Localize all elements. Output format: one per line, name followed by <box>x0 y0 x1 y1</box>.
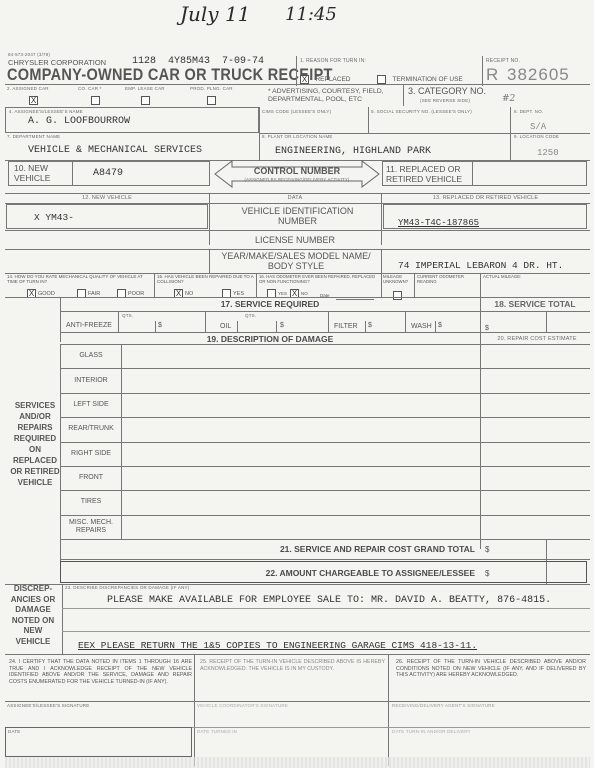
q15-label: 15. HAS VEHICLE BEEN REPAIRED DUE TO A C… <box>157 274 257 284</box>
dept-no[interactable]: S/A <box>530 122 546 132</box>
service-antifreeze-label: ANTI-FREEZE <box>66 322 112 329</box>
category-label: 3. CATEGORY NO. <box>408 86 486 96</box>
repair-estimate-field[interactable] <box>481 442 589 466</box>
vin-label: VEHICLE IDENTIFICATION NUMBER <box>225 206 370 226</box>
agent-signature-label: RECEIVING/DELIVERY AGENT'S SIGNATURE <box>392 703 495 708</box>
checkbox-replaced[interactable]: X <box>300 75 309 84</box>
form-title: COMPANY-OWNED CAR OR TRUCK RECEIPT <box>7 66 333 84</box>
repair-estimate-field[interactable] <box>481 393 589 417</box>
damage-row-label: GLASS <box>61 344 121 368</box>
receipt-prefix: R <box>486 65 498 85</box>
service-total-value[interactable]: $ <box>485 325 489 332</box>
replaced-vehicle-control-label: 11. REPLACED OR RETIRED VEHICLE <box>386 164 472 184</box>
control-number-sub: (ASSIGNED BY RECEIVING/DELIVERY ACTIVITY… <box>214 177 380 182</box>
discrepancies-field-label: 23. DESCRIBE DISCREPANCIES OR DAMAGE (IF… <box>65 585 189 590</box>
assignee-name-label: 4. ASSIGNEE'S/LESSEE'S NAME <box>9 109 83 114</box>
wash-cost[interactable]: $ <box>438 322 442 329</box>
location-code-label: 9. LOCATION CODE <box>514 134 559 139</box>
damage-row-label: FRONT <box>61 466 121 490</box>
damage-description-field[interactable] <box>122 442 479 466</box>
replaced-model[interactable]: 74 IMPERIAL LEBARON 4 DR. HT. <box>398 260 563 271</box>
model-label: YEAR/MAKE/SALES MODEL NAME/ BODY STYLE <box>212 251 380 271</box>
damage-description-field[interactable] <box>122 515 479 539</box>
discrepancy-line-3[interactable]: EEX PLEASE RETURN THE 1&5 COPIES TO ENGI… <box>78 640 477 651</box>
car-type-emp-lease[interactable]: EMP. LEASE CAR <box>125 86 175 109</box>
repair-estimate-field[interactable] <box>481 466 589 490</box>
damage-row-label: MISC. MECH. REPAIRS <box>61 515 121 539</box>
repair-estimate-field[interactable] <box>481 417 589 441</box>
receipt-number: 382605 <box>507 65 570 85</box>
q14-good[interactable]: XGOOD <box>27 285 55 303</box>
damage-title: 19. DESCRIPTION OF DAMAGE <box>60 334 480 344</box>
oil-cost[interactable]: $ <box>280 322 284 329</box>
damage-description-field[interactable] <box>122 490 479 514</box>
cims-label: CIMS CODE (LESSEE'S ONLY) <box>262 109 331 114</box>
mileage-unknown-label: MILEAGE UNKNOWN? <box>383 274 413 284</box>
antifreeze-cost[interactable]: $ <box>158 322 162 329</box>
handwritten-time: 11:45 <box>285 4 337 25</box>
car-type-co[interactable]: CO. CAR * <box>78 86 118 109</box>
handwritten-date: July 11 <box>180 2 250 26</box>
car-type-footnote: * ADVERTISING, COURTESY, FIELD, DEPARTME… <box>268 88 408 104</box>
car-type-prod-plng[interactable]: PROD. PLNG. CAR <box>190 86 240 109</box>
service-oil-label: OIL <box>220 323 231 330</box>
receipt-label: RECEIPT NO. <box>486 58 520 64</box>
checkbox-termination[interactable] <box>377 75 386 84</box>
date-label-2: DATE TURNED IN <box>197 729 237 734</box>
date-field-3[interactable] <box>392 736 587 754</box>
reason-label: 1. REASON FOR TURN IN: <box>300 58 366 64</box>
damage-row-label: RIGHT SIDE <box>61 442 121 466</box>
grand-total-value[interactable]: $ <box>485 545 489 554</box>
repair-estimate-field[interactable] <box>481 368 589 392</box>
checkbox-emp-lease-car[interactable] <box>141 96 150 105</box>
car-type-assigned[interactable]: 2. ASSIGNED CAR X <box>7 86 52 109</box>
odometer-label: CURRENT ODOMETER READING <box>417 274 479 284</box>
damage-row-label: TIRES <box>61 490 121 514</box>
dept-name-label: 7. DEPARTMENT NAME <box>7 134 60 139</box>
certify-26: 26. RECEIPT OF THE TURN-IN VEHICLE DESCR… <box>396 659 586 679</box>
service-wash-label: WASH <box>411 323 432 330</box>
damage-row-label: LEFT SIDE <box>61 393 121 417</box>
plant-label: 8. PLANT OR LOCATION NAME <box>262 134 333 139</box>
service-filter-label: FILTER <box>334 323 358 330</box>
new-vin[interactable]: X YM43- <box>34 212 74 223</box>
damage-description-field[interactable] <box>122 466 479 490</box>
services-side-label: SERVICES AND/OR REPAIRS REQUIRED ON REPL… <box>10 400 60 488</box>
date-label-3: DATE TURN-IN AND/OR DELIVERY <box>392 729 471 734</box>
damage-description-field[interactable] <box>122 368 479 392</box>
repair-estimate-field[interactable] <box>481 515 589 539</box>
date-field-2[interactable] <box>197 736 385 754</box>
col-data: DATA <box>209 195 381 201</box>
date-field-1[interactable] <box>8 736 188 754</box>
checkbox-co-car[interactable] <box>91 96 100 105</box>
col-replaced-vehicle: 13. REPLACED OR RETIRED VEHICLE <box>381 195 590 201</box>
q14-label: 14. HOW DO YOU RATE MECHANICAL QUALITY O… <box>7 274 152 284</box>
chargeable-value[interactable]: $ <box>485 569 489 578</box>
repair-estimate-field[interactable] <box>481 490 589 514</box>
ssn-label: 5. SOCIAL SECURITY NO. (LESSEE'S ONLY) <box>371 109 472 114</box>
coordinator-signature-field[interactable] <box>197 709 385 727</box>
location-code[interactable]: 1250 <box>537 148 559 158</box>
category-sub: (SEE REVERSE SIDE) <box>420 98 470 103</box>
damage-row-label: INTERIOR <box>61 368 121 392</box>
service-required-title: 17. SERVICE REQUIRED <box>60 299 480 309</box>
reason-replaced[interactable]: X REPLACED <box>300 71 351 89</box>
col-new-vehicle: 12. NEW VEHICLE <box>5 195 209 201</box>
license-label: LICENSE NUMBER <box>209 235 381 245</box>
new-vehicle-control-number[interactable]: A8479 <box>93 168 123 179</box>
repair-estimate-field[interactable] <box>481 344 589 368</box>
form-number: 84-573-2047 (3/78) <box>8 52 50 57</box>
new-vehicle-control-label: 10. NEW VEHICLE <box>14 163 69 183</box>
damage-row-label: REAR/TRUNK <box>61 417 121 441</box>
damage-description-field[interactable] <box>122 417 479 441</box>
certify-24: 24. I CERTIFY THAT THE DATA NOTED IN ITE… <box>9 659 192 685</box>
assignee-signature-label: ASSIGNEE'S/LESSEE'S SIGNATURE <box>7 703 89 708</box>
control-number-title: CONTROL NUMBER <box>214 166 380 176</box>
replaced-vin[interactable]: YM43-T4C-187865 <box>398 218 479 228</box>
checkbox-prod-plng-car[interactable] <box>207 96 216 105</box>
certify-25: 25. RECEIPT OF THE TURN-IN VEHICLE DESCR… <box>200 659 385 672</box>
service-total-title: 18. SERVICE TOTAL <box>480 299 590 309</box>
checkbox-assigned-car[interactable]: X <box>29 96 38 105</box>
filter-cost[interactable]: $ <box>368 322 372 329</box>
damage-description-field[interactable] <box>122 393 479 417</box>
agent-signature-field[interactable] <box>392 709 587 727</box>
grand-total-label: 21. SERVICE AND REPAIR COST GRAND TOTAL <box>60 544 475 554</box>
category-value[interactable]: #2 <box>502 94 515 104</box>
coordinator-signature-label: VEHICLE COORDINATOR'S SIGNATURE <box>197 703 288 708</box>
chargeable-label: 22. AMOUNT CHARGEABLE TO ASSIGNEE/LESSEE <box>60 568 475 578</box>
assignee-signature-field[interactable] <box>7 709 192 727</box>
assignee-name[interactable]: A. G. LOOFBOURROW <box>28 116 130 127</box>
dept-no-label: 6. DEPT. NO. <box>514 109 543 114</box>
actual-mileage-label: ACTUAL MILEAGE: <box>483 274 523 279</box>
discrepancies-side-label: DISCREP- ANCIES OR DAMAGE NOTED ON NEW V… <box>6 584 60 647</box>
repair-estimate-title: 20. REPAIR COST ESTIMATE <box>484 336 590 342</box>
damage-description-field[interactable] <box>122 344 479 368</box>
plant-name[interactable]: ENGINEERING, HIGHLAND PARK <box>275 146 431 157</box>
q16-label: 16. HAS ODOMETER EVER BEEN REPAIRED, REP… <box>259 274 381 284</box>
dept-name[interactable]: VEHICLE & MECHANICAL SERVICES <box>28 145 202 156</box>
discrepancy-line-1[interactable]: PLEASE MAKE AVAILABLE FOR EMPLOYEE SALE … <box>107 595 551 606</box>
date-label-1: DATE <box>8 729 20 734</box>
